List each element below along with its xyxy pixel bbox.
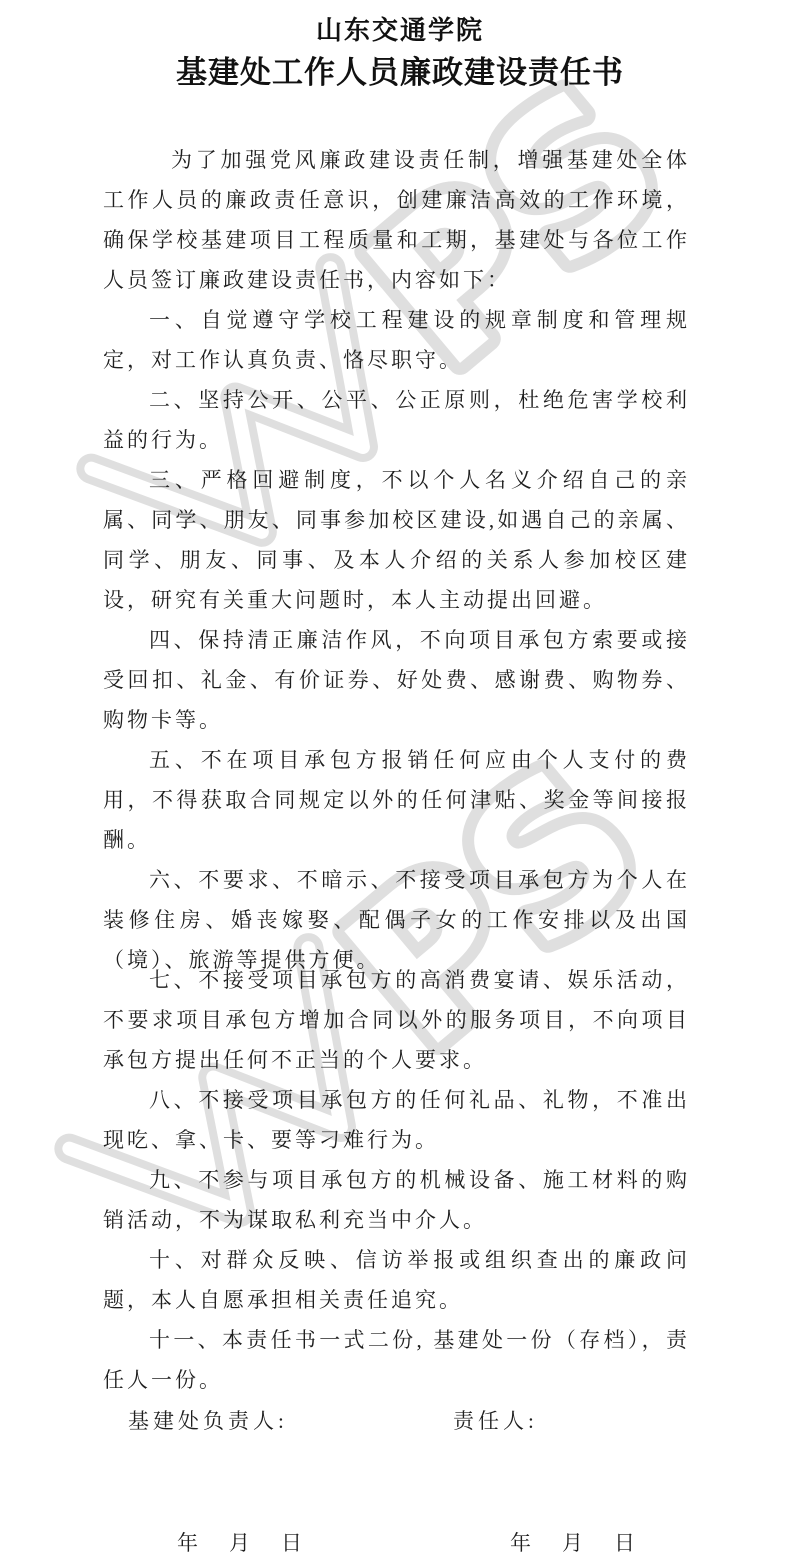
- paragraph-item-5: 五、不在项目承包方报销任何应由个人支付的费用，不得获取合同规定以外的任何津贴、奖…: [103, 740, 690, 860]
- document-page: PS PS PS PS 山东交通学院 基建处工作人员廉政建设责任书 为了加强党风…: [0, 0, 800, 1568]
- page-title-document: 基建处工作人员廉政建设责任书: [0, 50, 800, 96]
- signature-label-responsible-person: 责任人:: [453, 1405, 538, 1435]
- paragraph-intro: 为了加强党风廉政建设责任制，增强基建处全体工作人员的廉政责任意识，创建廉洁高效的…: [103, 140, 690, 300]
- signature-label-department-head: 基建处负责人:: [128, 1405, 288, 1435]
- paragraph-item-3: 三、严格回避制度，不以个人名义介绍自己的亲属、同学、朋友、同事参加校区建设,如遇…: [103, 460, 690, 620]
- paragraph-item-2: 二、坚持公开、公平、公正原则，杜绝危害学校利益的行为。: [103, 380, 690, 460]
- date-day-label: 日: [281, 1527, 302, 1557]
- date-year-label: 年: [177, 1527, 198, 1557]
- document-header: 山东交通学院 基建处工作人员廉政建设责任书: [0, 12, 800, 96]
- paragraph-item-11: 十一、本责任书一式二份, 基建处一份（存档），责任人一份。: [103, 1320, 690, 1400]
- document-body: 为了加强党风廉政建设责任制，增强基建处全体工作人员的廉政责任意识，创建廉洁高效的…: [103, 140, 690, 1400]
- paragraph-item-8: 八、不接受项目承包方的任何礼品、礼物，不准出现吃、拿、卡、要等刁难行为。: [103, 1080, 690, 1160]
- paragraph-item-9: 九、不参与项目承包方的机械设备、施工材料的购销活动，不为谋取私利充当中介人。: [103, 1160, 690, 1240]
- date-day-label: 日: [614, 1527, 635, 1557]
- date-month-label: 月: [562, 1527, 583, 1557]
- page-title-institution: 山东交通学院: [0, 12, 800, 50]
- paragraph-item-4: 四、保持清正廉洁作风，不向项目承包方索要或接受回扣、礼金、有价证券、好处费、感谢…: [103, 620, 690, 740]
- paragraph-item-10: 十、对群众反映、信访举报或组织查出的廉政问题，本人自愿承担相关责任追究。: [103, 1240, 690, 1320]
- date-month-label: 月: [229, 1527, 250, 1557]
- paragraph-item-7: 七、不接受项目承包方的高消费宴请、娱乐活动，不要求项目承包方增加合同以外的服务项…: [103, 960, 690, 1080]
- paragraph-item-1: 一、自觉遵守学校工程建设的规章制度和管理规定，对工作认真负责、恪尽职守。: [103, 300, 690, 380]
- date-year-label: 年: [510, 1527, 531, 1557]
- date-line-left: 年 月 日: [177, 1527, 302, 1557]
- date-line-right: 年 月 日: [510, 1527, 635, 1557]
